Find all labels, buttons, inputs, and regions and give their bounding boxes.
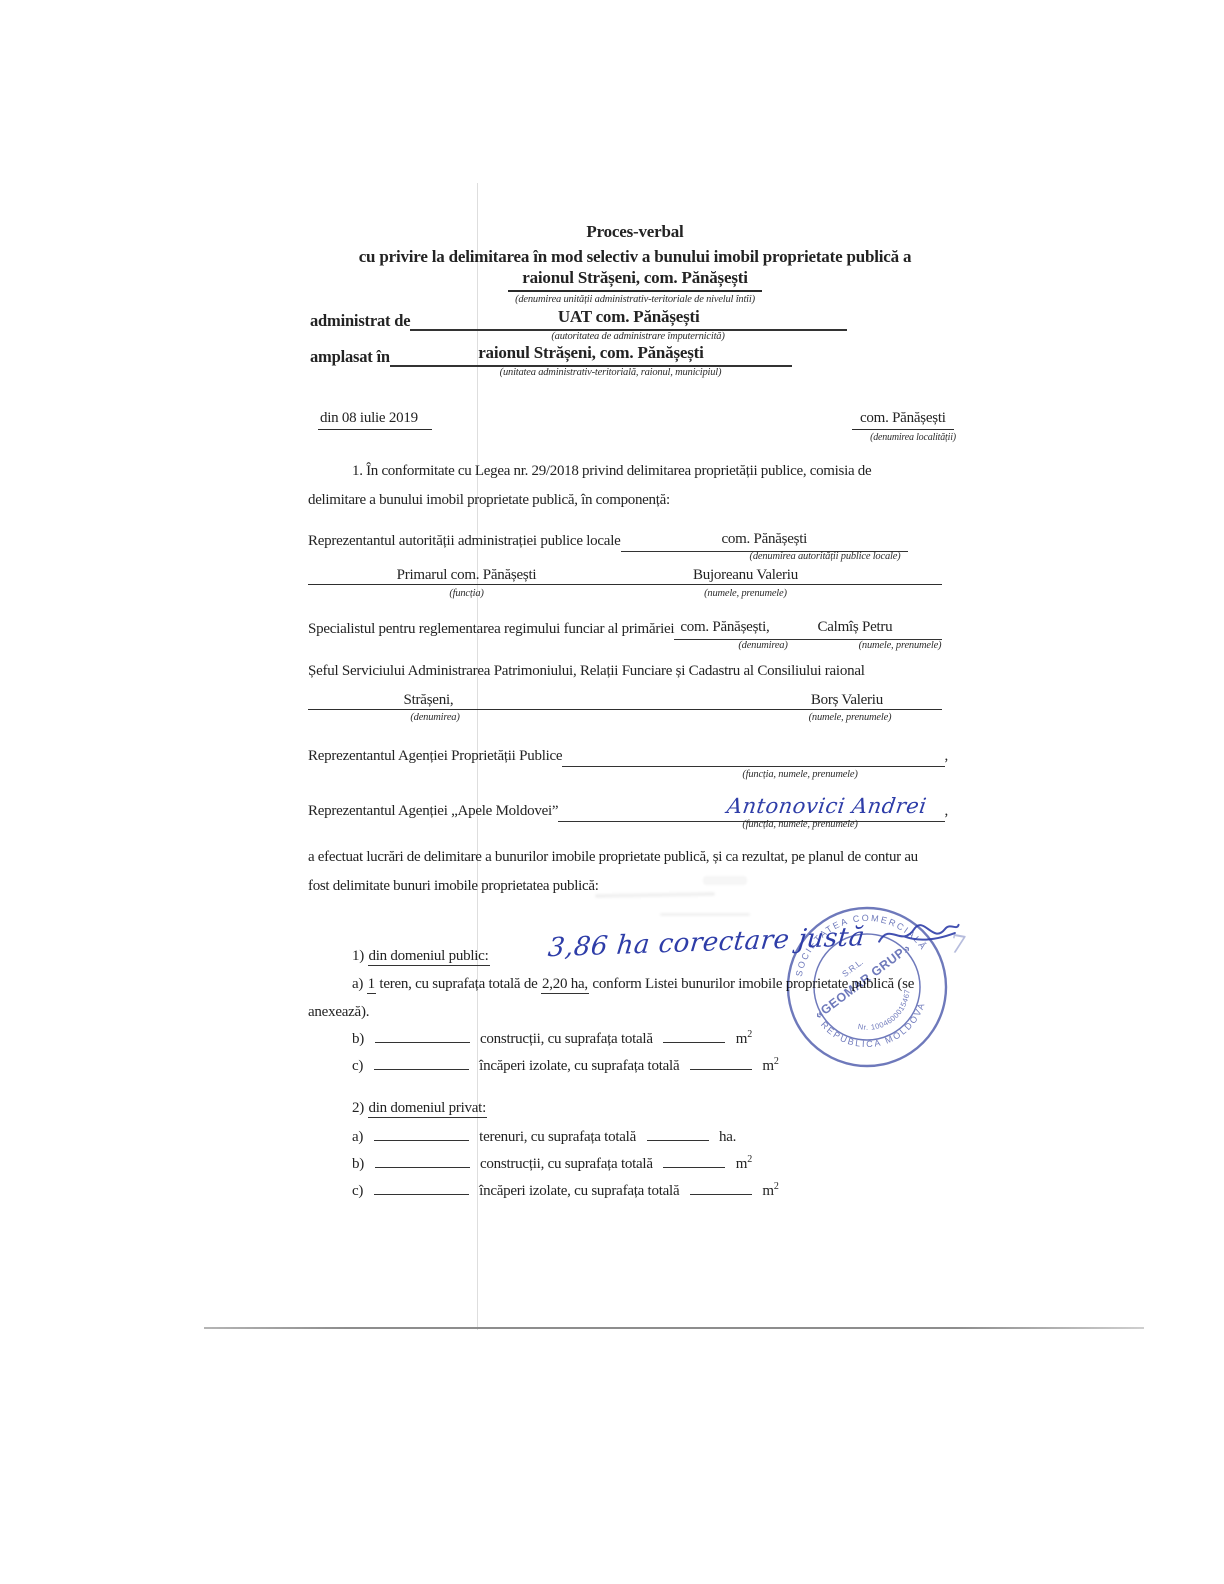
public-item-c-unit-sup: 2 bbox=[774, 1056, 779, 1067]
administered-by-value-line: UAT com. Pănășești bbox=[410, 306, 847, 331]
located-in-value: raionul Strășeni, com. Pănășești bbox=[478, 343, 703, 362]
public-item-c-prefix: c) bbox=[352, 1058, 363, 1074]
public-item-c-unit: m bbox=[762, 1058, 773, 1074]
located-in-label: amplasat în bbox=[310, 346, 390, 367]
scanned-document-page: Proces-verbal cu privire la delimitarea … bbox=[0, 0, 1224, 1584]
chief-name: Borș Valeriu bbox=[752, 692, 942, 709]
rep-local-function: Primarul com. Pănășești bbox=[308, 567, 625, 584]
public-item-b-unit: m bbox=[736, 1031, 747, 1047]
private-item-c-unit-sup: 2 bbox=[774, 1181, 779, 1192]
private-item-b: b) construcții, cu suprafața totală m2 bbox=[352, 1153, 752, 1173]
document-subtitle: cu privire la delimitarea în mod selecti… bbox=[220, 247, 1050, 267]
rep-app-blank-line bbox=[562, 747, 944, 767]
public-item-a-count: 1 bbox=[367, 976, 376, 994]
chief-value: Strășeni, bbox=[308, 692, 549, 709]
public-item-a-continuation: anexează). bbox=[308, 1004, 369, 1021]
rep-local-value: com. Pănășești bbox=[721, 531, 807, 547]
handwritten-signature-name: Antonovici Andrei bbox=[726, 796, 928, 817]
locality-caption: (denumirea localității) bbox=[848, 432, 978, 443]
rep-local-function-name-line: Primarul com. Pănășești Bujoreanu Valeri… bbox=[308, 559, 942, 585]
public-domain-heading-text: din domeniul public: bbox=[368, 948, 490, 966]
public-item-b-text: construcții, cu suprafața totală bbox=[480, 1031, 653, 1047]
locality-field: com. Pănășești bbox=[852, 410, 954, 430]
rep-app-comma: , bbox=[945, 746, 949, 767]
specialist-value: com. Pănășești, bbox=[680, 617, 769, 638]
private-domain-heading: 2) din domeniul privat: bbox=[352, 1100, 487, 1117]
specialist-name: Calmîș Petru bbox=[818, 617, 893, 638]
chief-label: Șeful Serviciului Administrarea Patrimon… bbox=[308, 663, 865, 680]
administered-by-row: administrat de UAT com. Pănășești bbox=[310, 306, 847, 331]
public-item-a-prefix: a) bbox=[352, 976, 363, 992]
svg-text:Nr. 1004600015467: Nr. 1004600015467 bbox=[853, 985, 921, 1044]
administered-by-label: administrat de bbox=[310, 310, 410, 331]
private-item-c-text: încăperi izolate, cu suprafața totală bbox=[479, 1183, 679, 1199]
private-item-b-count-blank bbox=[375, 1153, 470, 1168]
private-domain-num: 2) bbox=[352, 1100, 364, 1116]
uat-value: raionul Strășeni, com. Pănășești bbox=[508, 268, 761, 292]
rep-local-captions: (funcția) (numele, prenumele) bbox=[308, 588, 942, 599]
public-item-c-area-blank bbox=[690, 1055, 752, 1070]
specialist-value-line: com. Pănășești, Calmîș Petru bbox=[674, 617, 942, 640]
located-in-caption: (unitatea administrativ-teritorială, rai… bbox=[428, 367, 793, 378]
result-paragraph: a efectuat lucrări de delimitare a bunur… bbox=[308, 843, 918, 900]
rep-apele-caption: (funcția, numele, prenumele) bbox=[650, 819, 950, 830]
signature-flourish bbox=[874, 917, 961, 954]
bottom-horizontal-rule bbox=[204, 1327, 1144, 1329]
chief-caption: (denumirea) bbox=[370, 712, 500, 723]
public-item-c-text: încăperi izolate, cu suprafața totală bbox=[479, 1058, 679, 1074]
document-title: Proces-verbal bbox=[250, 222, 1020, 242]
chief-value-line: Strășeni, Borș Valeriu bbox=[308, 684, 942, 710]
private-item-a-unit: ha. bbox=[719, 1129, 736, 1145]
private-item-b-unit-sup: 2 bbox=[747, 1154, 752, 1165]
private-domain-heading-text: din domeniul privat: bbox=[368, 1100, 487, 1118]
public-item-c-count-blank bbox=[374, 1055, 469, 1070]
specialist-label: Specialistul pentru reglementarea regimu… bbox=[308, 619, 674, 640]
private-item-b-text: construcții, cu suprafața totală bbox=[480, 1156, 653, 1172]
rep-local-label: Reprezentantul autorității administrație… bbox=[308, 531, 621, 552]
private-item-b-unit: m bbox=[736, 1156, 747, 1172]
private-item-c-prefix: c) bbox=[352, 1183, 363, 1199]
public-item-a-mid: teren, cu suprafața totală de bbox=[379, 976, 541, 992]
rep-app-label: Reprezentantul Agenției Proprietății Pub… bbox=[308, 746, 562, 767]
public-item-c: c) încăperi izolate, cu suprafața totală… bbox=[352, 1055, 779, 1075]
intro-paragraph: 1. În conformitate cu Legea nr. 29/2018 … bbox=[308, 457, 871, 514]
public-domain-heading: 1) din domeniul public: bbox=[352, 948, 490, 965]
uat-field: raionul Strășeni, com. Pănășești bbox=[250, 268, 1020, 292]
private-item-a-text: terenuri, cu suprafața totală bbox=[479, 1129, 636, 1145]
specialist-name-caption: (numele, prenumele) bbox=[820, 640, 980, 651]
scan-smudge bbox=[660, 913, 750, 916]
private-item-c-count-blank bbox=[374, 1180, 469, 1195]
public-item-b: b) construcții, cu suprafața totală m2 bbox=[352, 1028, 752, 1048]
private-item-b-area-blank bbox=[663, 1153, 725, 1168]
private-item-a: a) terenuri, cu suprafața totală ha. bbox=[352, 1126, 736, 1146]
specialist-row: Specialistul pentru reglementarea regimu… bbox=[308, 617, 942, 640]
rep-local-row: Reprezentantul autorității administrație… bbox=[308, 529, 908, 552]
rep-local-name-caption: (numele, prenumele) bbox=[625, 588, 866, 599]
stamp-registration-number: Nr. 1004600015467 bbox=[853, 985, 921, 1044]
private-item-c-unit: m bbox=[762, 1183, 773, 1199]
administered-by-caption: (autoritatea de administrare împuternici… bbox=[428, 331, 848, 342]
rep-local-name: Bujoreanu Valeriu bbox=[625, 567, 866, 584]
located-in-row: amplasat în raionul Strășeni, com. Pănăș… bbox=[310, 342, 792, 367]
public-domain-num: 1) bbox=[352, 948, 364, 964]
date-field: din 08 iulie 2019 bbox=[318, 410, 432, 430]
public-item-a-area: 2,20 ha, bbox=[541, 976, 589, 994]
private-item-a-area-blank bbox=[647, 1126, 709, 1141]
specialist-caption: (denumirea) bbox=[698, 640, 828, 651]
private-item-a-count-blank bbox=[374, 1126, 469, 1141]
private-item-b-prefix: b) bbox=[352, 1156, 364, 1172]
locality-value: com. Pănășești bbox=[852, 410, 954, 430]
located-in-value-line: raionul Strășeni, com. Pănășești bbox=[390, 342, 792, 367]
private-item-c: c) încăperi izolate, cu suprafața totală… bbox=[352, 1180, 779, 1200]
private-item-c-area-blank bbox=[690, 1180, 752, 1195]
uat-caption: (denumirea unității administrativ-terito… bbox=[250, 294, 1020, 305]
public-item-b-prefix: b) bbox=[352, 1031, 364, 1047]
chief-name-caption: (numele, prenumele) bbox=[770, 712, 930, 723]
public-item-b-count-blank bbox=[375, 1028, 470, 1043]
date-value: din 08 iulie 2019 bbox=[318, 410, 432, 430]
rep-app-caption: (funcția, numele, prenumele) bbox=[650, 769, 950, 780]
administered-by-value: UAT com. Pănășești bbox=[558, 307, 700, 326]
rep-local-value-line: com. Pănășești bbox=[621, 529, 908, 552]
rep-local-function-caption: (funcția) bbox=[308, 588, 625, 599]
round-company-stamp: SOCIETATEA COMERCIALĂ REPUBLICA MOLDOVA … bbox=[766, 886, 968, 1088]
private-item-a-prefix: a) bbox=[352, 1129, 363, 1145]
rep-apele-label: Reprezentantul Agenției „Apele Moldovei” bbox=[308, 801, 558, 822]
rep-app-row: Reprezentantul Agenției Proprietății Pub… bbox=[308, 746, 948, 767]
public-item-b-area-blank bbox=[663, 1028, 725, 1043]
public-item-b-unit-sup: 2 bbox=[747, 1029, 752, 1040]
